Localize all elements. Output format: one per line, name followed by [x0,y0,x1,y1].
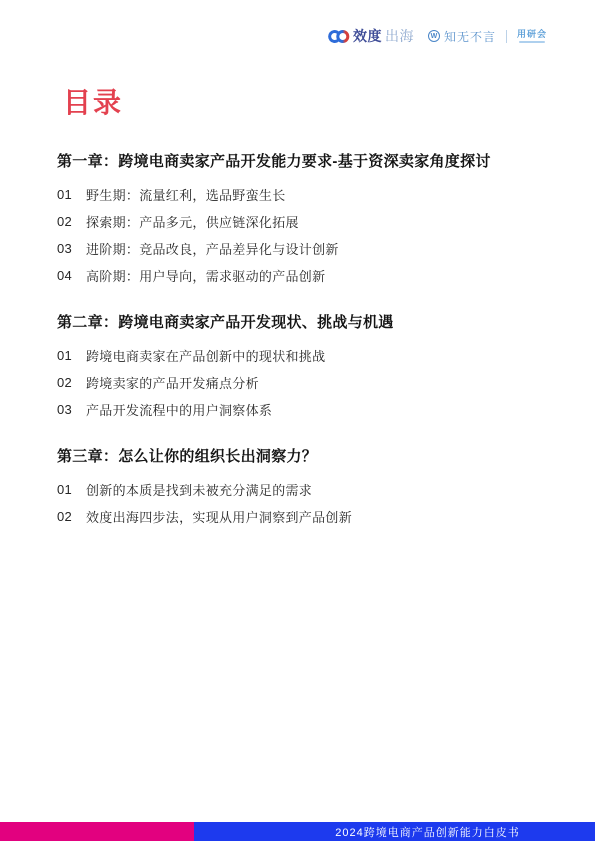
chapter-1: 第一章：跨境电商卖家产品开发能力要求-基于资深卖家角度探讨 01 野生期：流量红… [57,152,559,289]
toc-item-text: 效度出海四步法，实现从用户洞察到产品创新 [86,507,352,526]
footer-document-title: 2024跨境电商产品创新能力白皮书 [335,824,519,840]
brand-name-primary: 效度 [353,26,382,46]
toc-item-number: 01 [57,187,86,202]
toc-item-number: 02 [57,214,86,229]
toc-item[interactable]: 02 跨境卖家的产品开发痛点分析 [57,369,559,396]
circled-w-icon: W [428,30,440,42]
partner-logo-yanhui: 用研会 [517,29,547,43]
toc-item-text: 高阶期：用户导向，需求驱动的产品创新 [86,266,325,285]
toc-item-number: 03 [57,402,86,417]
partner1-label: 知无不言 [444,28,496,45]
table-of-contents: 第一章：跨境电商卖家产品开发能力要求-基于资深卖家角度探讨 01 野生期：流量红… [57,152,559,530]
toc-item[interactable]: 01 野生期：流量红利，选品野蛮生长 [57,181,559,208]
toc-item[interactable]: 02 探索期：产品多元，供应链深化拓展 [57,208,559,235]
toc-item-text: 进阶期：竞品改良，产品差异化与设计创新 [86,239,339,258]
toc-item[interactable]: 01 跨境电商卖家在产品创新中的现状和挑战 [57,342,559,369]
partner-logo-zhiwubuyan: W 知无不言 [428,28,496,45]
toc-item-number: 02 [57,509,86,524]
toc-item[interactable]: 04 高阶期：用户导向，需求驱动的产品创新 [57,262,559,289]
toc-item[interactable]: 03 进阶期：竞品改良，产品差异化与设计创新 [57,235,559,262]
toc-item-text: 跨境卖家的产品开发痛点分析 [86,373,259,392]
chapter-2: 第二章：跨境电商卖家产品开发现状、挑战与机遇 01 跨境电商卖家在产品创新中的现… [57,313,559,423]
brand-logo: 效度出海 [326,26,414,46]
toc-item-number: 03 [57,241,86,256]
toc-item-number: 01 [57,348,86,363]
footer-blue-block: 2024跨境电商产品创新能力白皮书 [194,822,595,841]
chapter-1-heading: 第一章：跨境电商卖家产品开发能力要求-基于资深卖家角度探讨 [57,152,559,171]
header-logo-strip: 效度出海 W 知无不言 用研会 [326,26,547,46]
co-rings-icon [326,29,350,44]
footer-pink-block [0,822,194,841]
chapter-2-heading: 第二章：跨境电商卖家产品开发现状、挑战与机遇 [57,313,559,332]
toc-item-number: 04 [57,268,86,283]
toc-item[interactable]: 03 产品开发流程中的用户洞察体系 [57,396,559,423]
toc-item[interactable]: 01 创新的本质是找到未被充分满足的需求 [57,476,559,503]
toc-item[interactable]: 02 效度出海四步法，实现从用户洞察到产品创新 [57,503,559,530]
toc-item-text: 产品开发流程中的用户洞察体系 [86,400,272,419]
toc-item-number: 01 [57,482,86,497]
toc-item-text: 跨境电商卖家在产品创新中的现状和挑战 [86,346,325,365]
footer-bar: 2024跨境电商产品创新能力白皮书 [0,822,595,841]
toc-item-text: 野生期：流量红利，选品野蛮生长 [86,185,286,204]
toc-item-text: 创新的本质是找到未被充分满足的需求 [86,480,312,499]
chapter-3: 第三章：怎么让你的组织长出洞察力？ 01 创新的本质是找到未被充分满足的需求 0… [57,447,559,530]
partner2-subline [519,41,545,43]
toc-item-text: 探索期：产品多元，供应链深化拓展 [86,212,299,231]
brand-name-secondary: 出海 [385,26,414,46]
chapter-3-heading: 第三章：怎么让你的组织长出洞察力？ [57,447,559,466]
partner2-label: 用研会 [517,29,547,39]
logo-divider [506,30,507,43]
page-title: 目录 [63,81,123,121]
toc-item-number: 02 [57,375,86,390]
